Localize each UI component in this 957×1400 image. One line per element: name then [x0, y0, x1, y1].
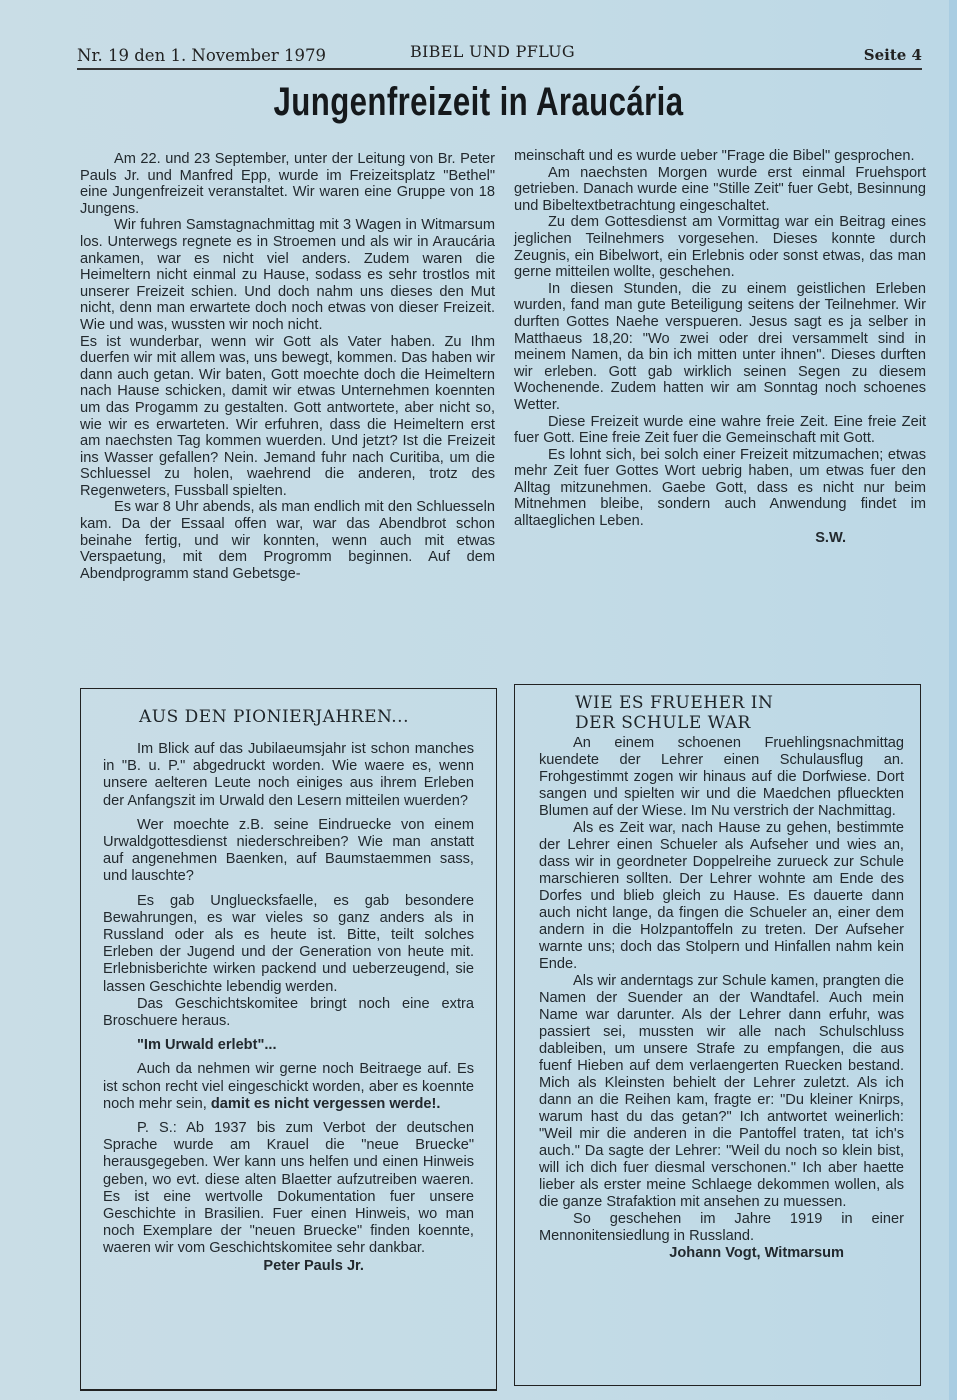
article-title: Jungenfreizeit in Araucária: [105, 80, 851, 125]
page-number: Seite 4: [864, 46, 922, 64]
emphasis-text: damit es nicht vergessen werde!.: [211, 1096, 441, 1112]
brochure-title: "Im Urwald erlebt"...: [103, 1037, 474, 1054]
box-heading: AUS DEN PIONIERJAHREN...: [139, 707, 496, 727]
paragraph: P. S.: Ab 1937 bis zum Verbot der deutsc…: [103, 1120, 474, 1258]
paragraph: Als es Zeit war, nach Hause zu gehen, be…: [539, 820, 904, 973]
box-signature: Peter Pauls Jr.: [103, 1258, 474, 1275]
article-signature: S.W.: [514, 530, 926, 547]
header-rule: [77, 68, 922, 70]
paragraph: Am 22. und 23 September, unter der Leitu…: [80, 151, 495, 217]
box-signature: Johann Vogt, Witmarsum: [539, 1245, 904, 1262]
paragraph: Es ist wunderbar, wenn wir Gott als Vate…: [80, 334, 495, 500]
article-column-1: Am 22. und 23 September, unter der Leitu…: [80, 151, 495, 582]
paragraph: Wir fuhren Samstagnachmittag mit 3 Wagen…: [80, 217, 495, 333]
pioneer-years-box: AUS DEN PIONIERJAHREN... Im Blick auf da…: [80, 688, 497, 1391]
paragraph: An einem schoenen Fruehlingsnachmittag k…: [539, 735, 904, 820]
paragraph: Das Geschichtskomitee bringt noch eine e…: [103, 996, 474, 1030]
paragraph: Es lohnt sich, bei solch einer Freizeit …: [514, 447, 926, 530]
paragraph: Diese Freizeit wurde eine wahre freie Ze…: [514, 414, 926, 447]
heading-line: WIE ES FRUEHER IN: [575, 693, 920, 713]
school-story-box: WIE ES FRUEHER IN DER SCHULE WAR An eine…: [514, 684, 921, 1386]
paragraph: So geschehen im Jahre 1919 in einer Menn…: [539, 1211, 904, 1245]
paragraph: Im Blick auf das Jubilaeumsjahr ist scho…: [103, 741, 474, 810]
paragraph: Zu dem Gottesdienst am Vormittag war ein…: [514, 214, 926, 280]
issue-date: Nr. 19 den 1. November 1979: [77, 46, 326, 65]
paragraph: Es gab Ungluecksfaelle, es gab besondere…: [103, 893, 474, 996]
paragraph: In diesen Stunden, die zu einem geistlic…: [514, 281, 926, 414]
paragraph: Als wir anderntags zur Schule kamen, pra…: [539, 973, 904, 1211]
paragraph: meinschaft und es wurde ueber "Frage die…: [514, 148, 926, 165]
box-heading: WIE ES FRUEHER IN DER SCHULE WAR: [575, 693, 920, 733]
paragraph: Es war 8 Uhr abends, als man endlich mit…: [80, 499, 495, 582]
newspaper-name: BIBEL UND PFLUG: [410, 42, 575, 61]
box-body: An einem schoenen Fruehlingsnachmittag k…: [539, 735, 904, 1262]
box-body: Im Blick auf das Jubilaeumsjahr ist scho…: [103, 741, 474, 1275]
paragraph: Auch da nehmen wir gerne noch Beitraege …: [103, 1061, 474, 1113]
page-header: Nr. 19 den 1. November 1979 BIBEL UND PF…: [77, 38, 922, 68]
heading-line: DER SCHULE WAR: [575, 713, 920, 733]
paragraph: Am naechsten Morgen wurde erst einmal Fr…: [514, 165, 926, 215]
paragraph: Wer moechte z.B. seine Eindruecke von ei…: [103, 817, 474, 886]
facing-page-edge: [949, 0, 957, 1400]
article-column-2: meinschaft und es wurde ueber "Frage die…: [514, 148, 926, 546]
newspaper-page: Nr. 19 den 1. November 1979 BIBEL UND PF…: [0, 0, 957, 1400]
